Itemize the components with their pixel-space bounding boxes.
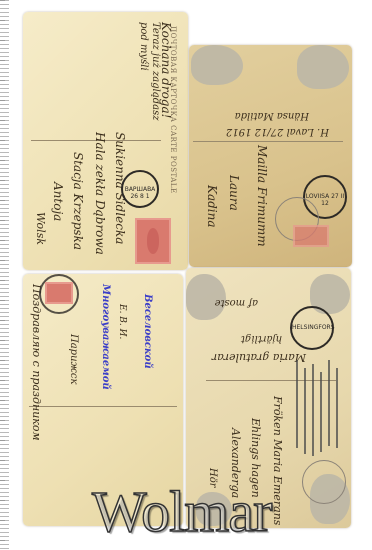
- postcard-top-left: ПОЧТОВАЯ КАРТОЧКА CARTE POSTALE Kochana …: [23, 12, 188, 270]
- handwriting-line: Веселовской: [142, 294, 153, 369]
- watermark-text: Wolmar: [92, 478, 271, 545]
- postmark: ВАРШАВА 26 8 1: [121, 170, 159, 208]
- divider-line: [206, 380, 336, 381]
- faint-postmark: [302, 460, 346, 504]
- cancellation-line: [320, 372, 322, 452]
- handwriting-line: Fröken Maria Emerans: [271, 396, 284, 525]
- handwriting-line: Stacja Krzepska: [71, 152, 85, 250]
- handwriting-line: Парижск: [68, 334, 79, 384]
- postage-stamp: [45, 282, 73, 304]
- handwriting-line: Mailla Frimumm: [255, 145, 269, 247]
- handwriting-line: Kadina: [205, 185, 219, 228]
- postage-stamp: [293, 225, 329, 247]
- handwriting-line: Maria gratulerar: [212, 351, 306, 364]
- handwriting-line: Antoja: [51, 182, 65, 221]
- cancellation-line: [336, 368, 338, 448]
- cancellation-line: [312, 364, 314, 456]
- divider-line: [29, 406, 177, 407]
- cancellation-line: [296, 360, 298, 448]
- handwriting-line: Hala zekła Dąbrowa: [93, 132, 107, 255]
- handwriting-line: Е. В. И.: [117, 304, 127, 339]
- paper-damage-patch: [297, 45, 349, 89]
- measuring-ruler: [0, 0, 9, 550]
- handwriting-line: Поздравляю с праздником: [30, 284, 43, 441]
- cancellation-line: [328, 360, 330, 446]
- handwriting-line: H. Laval 27/12 1912: [226, 126, 329, 137]
- handwriting-line: Laura: [227, 175, 241, 211]
- postcard-top-right: H. Laval 27/12 1912 Hänsa Matilda Mailla…: [189, 45, 352, 267]
- postage-stamp: [135, 218, 171, 264]
- handwriting-line: pod myśli: [138, 22, 149, 71]
- handwriting-line: Kochana droga!: [159, 22, 173, 118]
- postmark: HELSINGFORS: [290, 306, 334, 350]
- handwriting-line: Многоуважаемой: [100, 284, 111, 390]
- divider-line: [193, 141, 343, 142]
- handwriting-line: Wolsk: [34, 212, 47, 245]
- handwriting-line: hjärtligt: [241, 333, 282, 344]
- handwriting-line: af moste: [215, 297, 258, 308]
- cancellation-line: [304, 368, 306, 454]
- handwriting-line: Teraz już zaglądasz: [150, 22, 161, 121]
- handwriting-line: Hänsa Matilda: [235, 110, 309, 121]
- paper-damage-patch: [191, 45, 243, 85]
